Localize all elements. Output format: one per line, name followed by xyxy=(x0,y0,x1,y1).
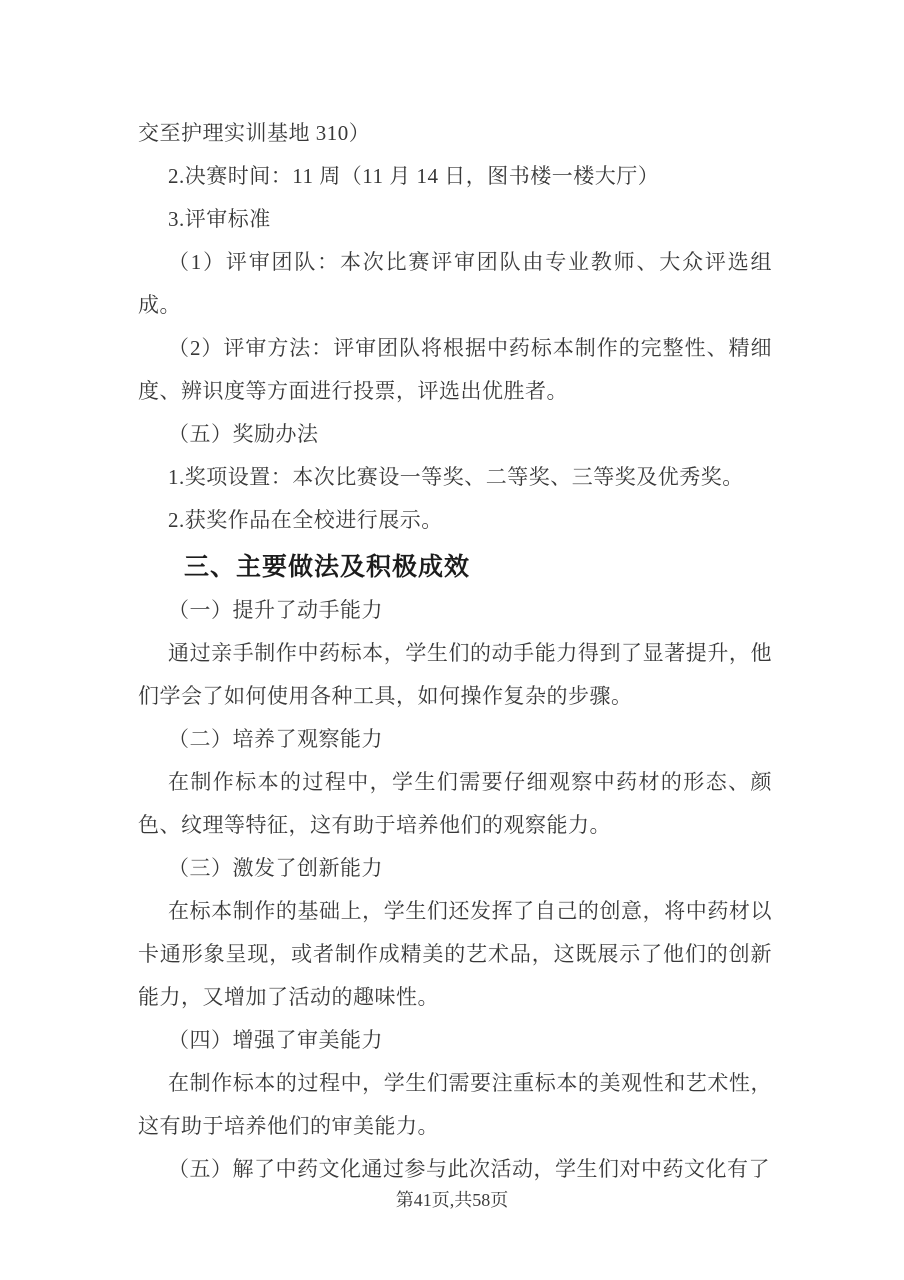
paragraph: 通过亲手制作中药标本，学生们的动手能力得到了显著提升，他们学会了如何使用各种工具… xyxy=(138,632,772,718)
paragraph: 3.评审标准 xyxy=(138,198,772,241)
page-number-footer: 第41页,共58页 xyxy=(0,1187,904,1213)
paragraph: （五）解了中药文化通过参与此次活动，学生们对中药文化有了 xyxy=(138,1148,772,1191)
paragraph: 交至护理实训基地 310） xyxy=(138,112,772,155)
paragraph: 在制作标本的过程中，学生们需要注重标本的美观性和艺术性，这有助于培养他们的审美能… xyxy=(138,1062,772,1148)
paragraph: 在标本制作的基础上，学生们还发挥了自己的创意，将中药材以卡通形象呈现，或者制作成… xyxy=(138,890,772,1019)
paragraph: （2）评审方法：评审团队将根据中药标本制作的完整性、精细度、辨识度等方面进行投票… xyxy=(138,327,772,413)
paragraph: （一）提升了动手能力 xyxy=(138,589,772,632)
section-heading: 三、主要做法及积极成效 xyxy=(138,546,772,589)
document-body: 交至护理实训基地 310）2.决赛时间：11 周（11 月 14 日，图书楼一楼… xyxy=(138,112,772,1191)
paragraph: 在制作标本的过程中，学生们需要仔细观察中药材的形态、颜色、纹理等特征，这有助于培… xyxy=(138,761,772,847)
paragraph: （五）奖励办法 xyxy=(138,413,772,456)
paragraph: 1.奖项设置：本次比赛设一等奖、二等奖、三等奖及优秀奖。 xyxy=(138,456,772,499)
paragraph: （1）评审团队：本次比赛评审团队由专业教师、大众评选组成。 xyxy=(138,241,772,327)
paragraph: 2.获奖作品在全校进行展示。 xyxy=(138,499,772,542)
paragraph: （二）培养了观察能力 xyxy=(138,718,772,761)
paragraph: （三）激发了创新能力 xyxy=(138,847,772,890)
paragraph: 2.决赛时间：11 周（11 月 14 日，图书楼一楼大厅） xyxy=(138,155,772,198)
paragraph: （四）增强了审美能力 xyxy=(138,1019,772,1062)
document-page: 交至护理实训基地 310）2.决赛时间：11 周（11 月 14 日，图书楼一楼… xyxy=(0,0,904,1280)
